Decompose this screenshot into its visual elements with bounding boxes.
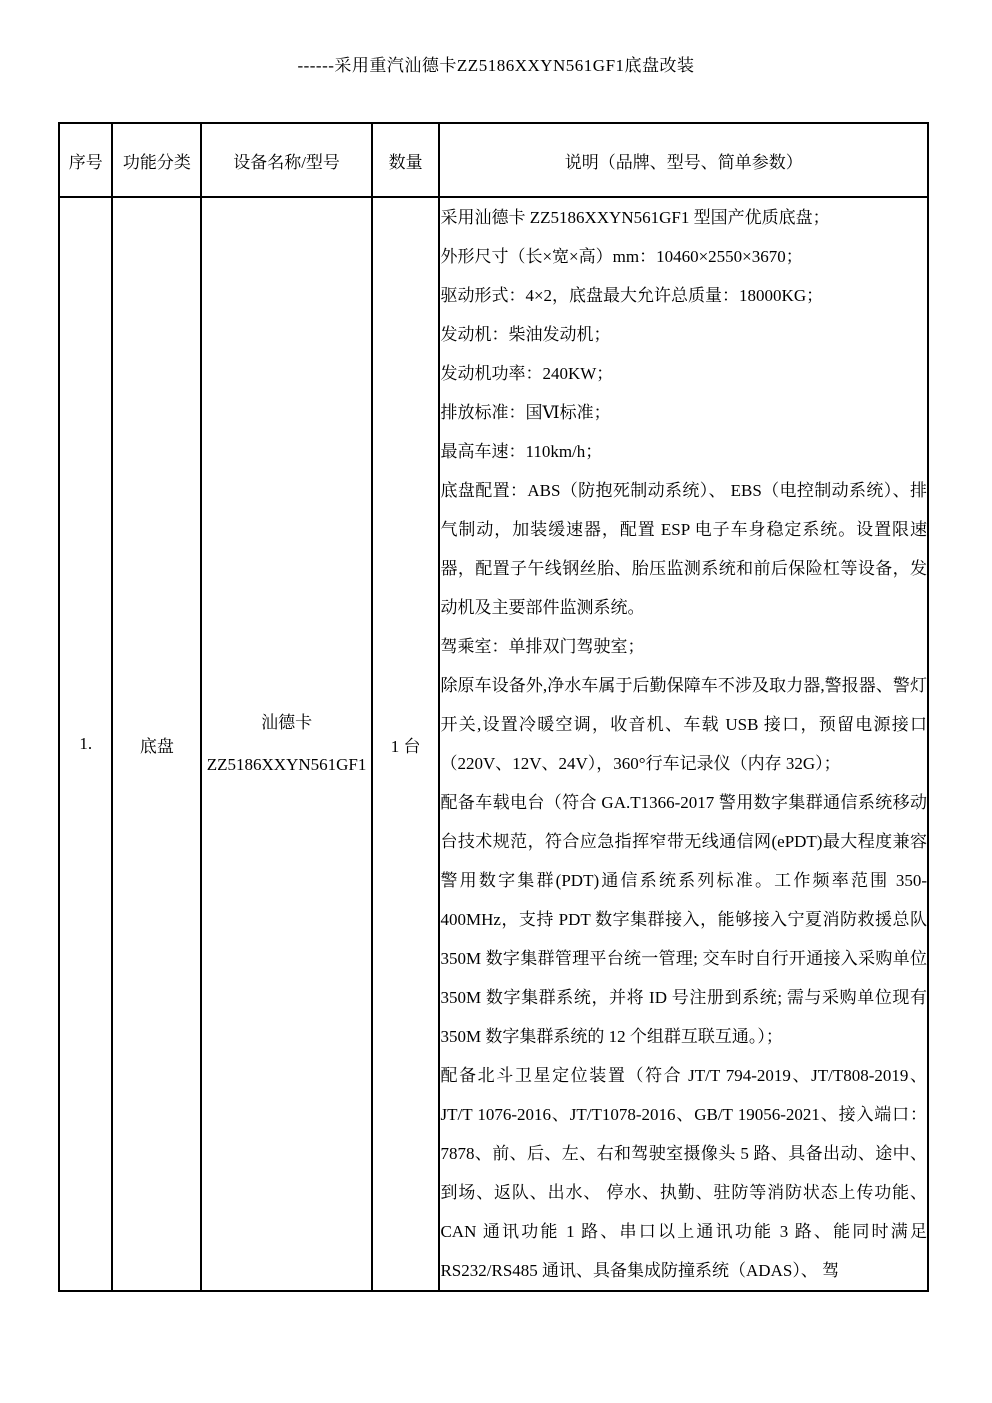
description-paragraph: 底盘配置：ABS（防抱死制动系统）、 EBS（电控制动系统）、排气制动，加装缓速…: [440, 471, 927, 627]
table-header-row: 序号 功能分类 设备名称/型号 数量 说明（品牌、型号、简单参数）: [59, 123, 928, 197]
description-paragraph: 驾乘室：单排双门驾驶室；: [440, 627, 927, 666]
cell-function-category: 底盘: [112, 197, 201, 1291]
description-paragraph: 驱动形式：4×2，底盘最大允许总质量：18000KG；: [440, 276, 927, 315]
cell-quantity: 1 台: [372, 197, 440, 1291]
header-function-category: 功能分类: [112, 123, 201, 197]
document-page: ------采用重汽汕德卡ZZ5186XXYN561GF1底盘改装 序号 功能分…: [0, 0, 992, 1403]
description-paragraph: 除原车设备外,净水车属于后勤保障车不涉及取力器,警报器、警灯开关,设置冷暖空调，…: [440, 666, 927, 783]
header-quantity: 数量: [372, 123, 440, 197]
table-row: 1. 底盘 汕德卡 ZZ5186XXYN561GF1 1 台 采用汕德卡 ZZ5…: [59, 197, 928, 1291]
description-paragraph: 排放标准：国Ⅵ标准；: [440, 393, 927, 432]
header-description: 说明（品牌、型号、简单参数）: [439, 123, 928, 197]
header-serial-number: 序号: [59, 123, 112, 197]
device-model: ZZ5186XXYN561GF1: [202, 744, 371, 786]
description-paragraph: 配备车载电台（符合 GA.T1366-2017 警用数字集群通信系统移动台技术规…: [440, 783, 927, 1056]
cell-serial-number: 1.: [59, 197, 112, 1291]
description-paragraph: 配备北斗卫星定位装置（符合 JT/T 794-2019、JT/T808-2019…: [440, 1056, 927, 1290]
description-paragraph: 发动机功率：240KW；: [440, 354, 927, 393]
device-brand: 汕德卡: [202, 702, 371, 744]
description-paragraph: 外形尺寸（长×宽×高）mm：10460×2550×3670；: [440, 237, 927, 276]
description-paragraph: 最高车速：110km/h；: [440, 432, 927, 471]
cell-device-name-model: 汕德卡 ZZ5186XXYN561GF1: [201, 197, 372, 1291]
header-device-name-model: 设备名称/型号: [201, 123, 372, 197]
spec-table: 序号 功能分类 设备名称/型号 数量 说明（品牌、型号、简单参数） 1. 底盘 …: [58, 122, 929, 1292]
cell-description: 采用汕德卡 ZZ5186XXYN561GF1 型国产优质底盘； 外形尺寸（长×宽…: [439, 197, 928, 1291]
document-title: ------采用重汽汕德卡ZZ5186XXYN561GF1底盘改装: [0, 51, 992, 76]
description-paragraph: 采用汕德卡 ZZ5186XXYN561GF1 型国产优质底盘；: [440, 198, 927, 237]
description-paragraph: 发动机：柴油发动机；: [440, 315, 927, 354]
